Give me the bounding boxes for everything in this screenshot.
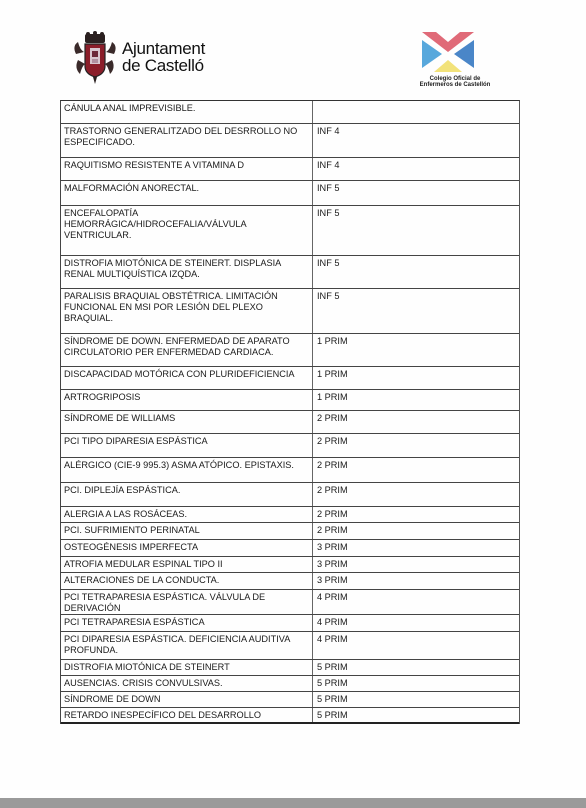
table-row: SÍNDROME DE WILLIAMS2 PRIM [61,411,519,434]
level-cell: 4 PRIM [313,590,519,614]
city-coat-of-arms-icon [72,30,118,86]
table-row: DISCAPACIDAD MOTÓRICA CON PLURIDEFICIENC… [61,367,519,390]
table-row: RAQUITISMO RESISTENTE A VITAMINA DINF 4 [61,158,519,181]
condition-cell: SÍNDROME DE WILLIAMS [61,411,313,433]
colegio-name: Colegio Oficial de Enfermeros de Castell… [400,76,510,88]
level-cell: 1 PRIM [313,390,519,410]
level-cell: 2 PRIM [313,483,519,506]
table-row: DISTROFIA MIOTÓNICA DE STEINERT5 PRIM [61,660,519,676]
page-bottom-edge [0,798,586,808]
level-cell: 4 PRIM [313,615,519,631]
condition-cell: DISTROFIA MIOTÓNICA DE STEINERT [61,660,313,675]
table-row: PCI DIPARESIA ESPÁSTICA. DEFICIENCIA AUD… [61,632,519,660]
condition-cell: ALERGIA A LAS ROSÁCEAS. [61,507,313,522]
table-row: PCI TETRAPARESIA ESPÁSTICA. VÁLVULA DE D… [61,590,519,615]
level-cell: 5 PRIM [313,708,519,722]
table-row: RETARDO INESPECÍFICO DEL DESARROLLO5 PRI… [61,708,519,724]
level-cell: 1 PRIM [313,334,519,366]
table-row: TRASTORNO GENERALITZADO DEL DESRROLLO NO… [61,124,519,158]
level-cell: 5 PRIM [313,676,519,691]
condition-cell: PCI. DIPLEJÍA ESPÁSTICA. [61,483,313,506]
condition-cell: PCI TETRAPARESIA ESPÁSTICA [61,615,313,631]
level-cell: 2 PRIM [313,458,519,482]
condition-cell: DISTROFIA MIOTÓNICA DE STEINERT. DISPLAS… [61,256,313,288]
level-cell: 3 PRIM [313,540,519,556]
condition-cell: PARALISIS BRAQUIAL OBSTÉTRICA. LIMITACIÓ… [61,289,313,333]
level-cell: INF 5 [313,206,519,255]
level-cell: 5 PRIM [313,692,519,707]
table-row: PCI. SUFRIMIENTO PERINATAL2 PRIM [61,523,519,540]
table-row: ALTERACIONES DE LA CONDUCTA.3 PRIM [61,573,519,590]
condition-cell: ALÉRGICO (CIE-9 995.3) ASMA ATÓPICO. EPI… [61,458,313,482]
table-row: DISTROFIA MIOTÓNICA DE STEINERT. DISPLAS… [61,256,519,289]
condition-cell: OSTEOGÉNESIS IMPERFECTA [61,540,313,556]
level-cell: 4 PRIM [313,632,519,659]
level-cell: 3 PRIM [313,557,519,572]
table-row: SÍNDROME DE DOWN5 PRIM [61,692,519,708]
level-cell: 3 PRIM [313,573,519,589]
condition-cell: PCI TIPO DIPARESIA ESPÁSTICA [61,434,313,457]
condition-cell: RETARDO INESPECÍFICO DEL DESARROLLO [61,708,313,722]
table-row: SÍNDROME DE DOWN. ENFERMEDAD DE APARATO … [61,334,519,367]
level-cell: 2 PRIM [313,434,519,457]
level-cell: 5 PRIM [313,660,519,675]
table-row: MALFORMACIÓN ANORECTAL.INF 5 [61,181,519,206]
condition-cell: AUSENCIAS. CRISIS CONVULSIVAS. [61,676,313,691]
condition-cell: MALFORMACIÓN ANORECTAL. [61,181,313,205]
table-row: ATROFIA MEDULAR ESPINAL TIPO II3 PRIM [61,557,519,573]
level-cell: INF 5 [313,289,519,333]
level-cell: INF 5 [313,181,519,205]
conditions-table: CÁNULA ANAL IMPREVISIBLE.TRASTORNO GENER… [60,100,520,724]
table-row: AUSENCIAS. CRISIS CONVULSIVAS.5 PRIM [61,676,519,692]
level-cell: 2 PRIM [313,411,519,433]
condition-cell: PCI. SUFRIMIENTO PERINATAL [61,523,313,539]
level-cell [313,101,519,123]
condition-cell: ATROFIA MEDULAR ESPINAL TIPO II [61,557,313,572]
table-row: ARTROGRIPOSIS1 PRIM [61,390,519,411]
condition-cell: ENCEFALOPATÍA HEMORRÁGICA/HIDROCEFALIA/V… [61,206,313,255]
table-row: PARALISIS BRAQUIAL OBSTÉTRICA. LIMITACIÓ… [61,289,519,334]
ajuntament-logo: Ajuntament de Castelló [72,28,222,88]
condition-cell: SÍNDROME DE DOWN. ENFERMEDAD DE APARATO … [61,334,313,366]
condition-cell: ARTROGRIPOSIS [61,390,313,410]
ajuntament-name: Ajuntament de Castelló [122,40,205,74]
condition-cell: CÁNULA ANAL IMPREVISIBLE. [61,101,313,123]
level-cell: INF 4 [313,124,519,157]
table-row: PCI TIPO DIPARESIA ESPÁSTICA2 PRIM [61,434,519,458]
condition-cell: RAQUITISMO RESISTENTE A VITAMINA D [61,158,313,180]
colegio-enfermeros-logo: Colegio Oficial de Enfermeros de Castell… [400,30,510,94]
table-row: PCI. DIPLEJÍA ESPÁSTICA.2 PRIM [61,483,519,507]
table-row: PCI TETRAPARESIA ESPÁSTICA4 PRIM [61,615,519,632]
table-row: CÁNULA ANAL IMPREVISIBLE. [61,101,519,124]
condition-cell: SÍNDROME DE DOWN [61,692,313,707]
level-cell: INF 5 [313,256,519,288]
table-row: OSTEOGÉNESIS IMPERFECTA3 PRIM [61,540,519,557]
colegio-line-2: Enfermeros de Castellón [400,82,510,88]
logo-line-1: Ajuntament [122,40,205,57]
condition-cell: ALTERACIONES DE LA CONDUCTA. [61,573,313,589]
condition-cell: DISCAPACIDAD MOTÓRICA CON PLURIDEFICIENC… [61,367,313,389]
table-row: ENCEFALOPATÍA HEMORRÁGICA/HIDROCEFALIA/V… [61,206,519,256]
table-row: ALÉRGICO (CIE-9 995.3) ASMA ATÓPICO. EPI… [61,458,519,483]
condition-cell: PCI TETRAPARESIA ESPÁSTICA. VÁLVULA DE D… [61,590,313,614]
table-row: ALERGIA A LAS ROSÁCEAS.2 PRIM [61,507,519,523]
level-cell: 1 PRIM [313,367,519,389]
level-cell: 2 PRIM [313,507,519,522]
logo-line-2: de Castelló [122,57,205,74]
level-cell: INF 4 [313,158,519,180]
document-page: Ajuntament de Castelló Colegio Oficial d… [0,0,586,798]
level-cell: 2 PRIM [313,523,519,539]
colegio-enfermeria-emblem-icon [418,30,478,76]
condition-cell: TRASTORNO GENERALITZADO DEL DESRROLLO NO… [61,124,313,157]
condition-cell: PCI DIPARESIA ESPÁSTICA. DEFICIENCIA AUD… [61,632,313,659]
